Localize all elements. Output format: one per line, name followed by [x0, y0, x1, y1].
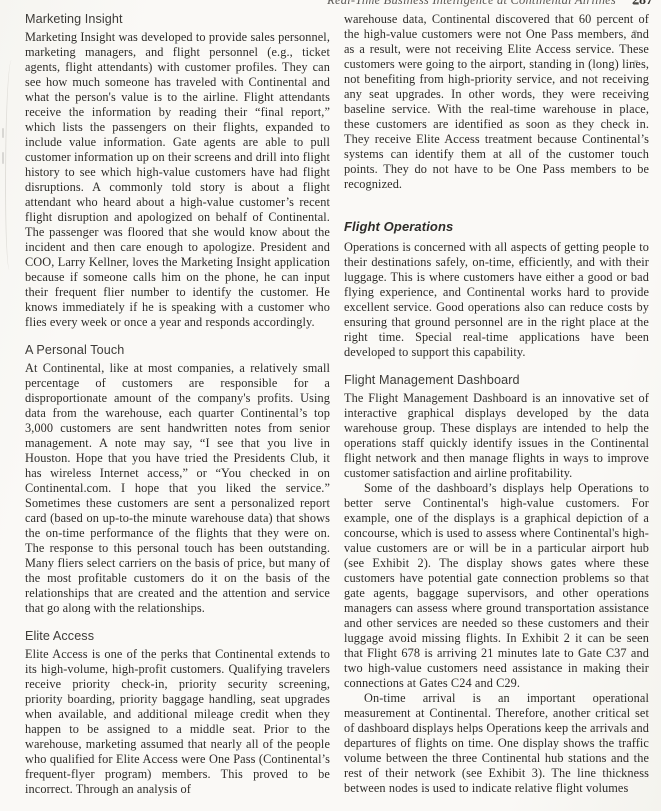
paragraph-dashboard-displays: Some of the dashboard’s displays help Op… — [344, 481, 649, 691]
paragraph-flight-management-dashboard: The Flight Management Dashboard is an in… — [344, 391, 649, 481]
section-heading-flight-operations: Flight Operations — [344, 219, 649, 234]
paragraph-elite-access-continued: warehouse data, Continental discovered t… — [344, 12, 649, 192]
scan-artifact-mark — [2, 128, 4, 138]
paragraph-flight-operations: Operations is concerned with all aspects… — [344, 240, 649, 360]
section-heading-flight-management-dashboard: Flight Management Dashboard — [344, 373, 649, 388]
left-column: Marketing Insight Marketing Insight was … — [25, 12, 330, 797]
paragraph-a-personal-touch: At Continental, like at most companies, … — [25, 361, 330, 616]
two-column-text: Marketing Insight Marketing Insight was … — [25, 12, 649, 797]
paragraph-elite-access: Elite Access is one of the perks that Co… — [25, 647, 330, 797]
running-header: Real-Time Business Intelligence at Conti… — [0, 0, 653, 8]
section-heading-marketing-insight: Marketing Insight — [25, 12, 330, 27]
right-column: warehouse data, Continental discovered t… — [344, 12, 649, 797]
paragraph-marketing-insight: Marketing Insight was developed to provi… — [25, 30, 330, 330]
scan-artifact-mark — [2, 152, 4, 164]
page-number: 287 — [632, 0, 653, 8]
book-page: Real-Time Business Intelligence at Conti… — [0, 0, 661, 811]
running-title: Real-Time Business Intelligence at Conti… — [327, 0, 616, 7]
paragraph-on-time-arrival: On-time arrival is an important operatio… — [344, 691, 649, 796]
section-heading-elite-access: Elite Access — [25, 629, 330, 644]
scan-artifact-page-curve — [5, 60, 16, 270]
section-heading-a-personal-touch: A Personal Touch — [25, 343, 330, 358]
